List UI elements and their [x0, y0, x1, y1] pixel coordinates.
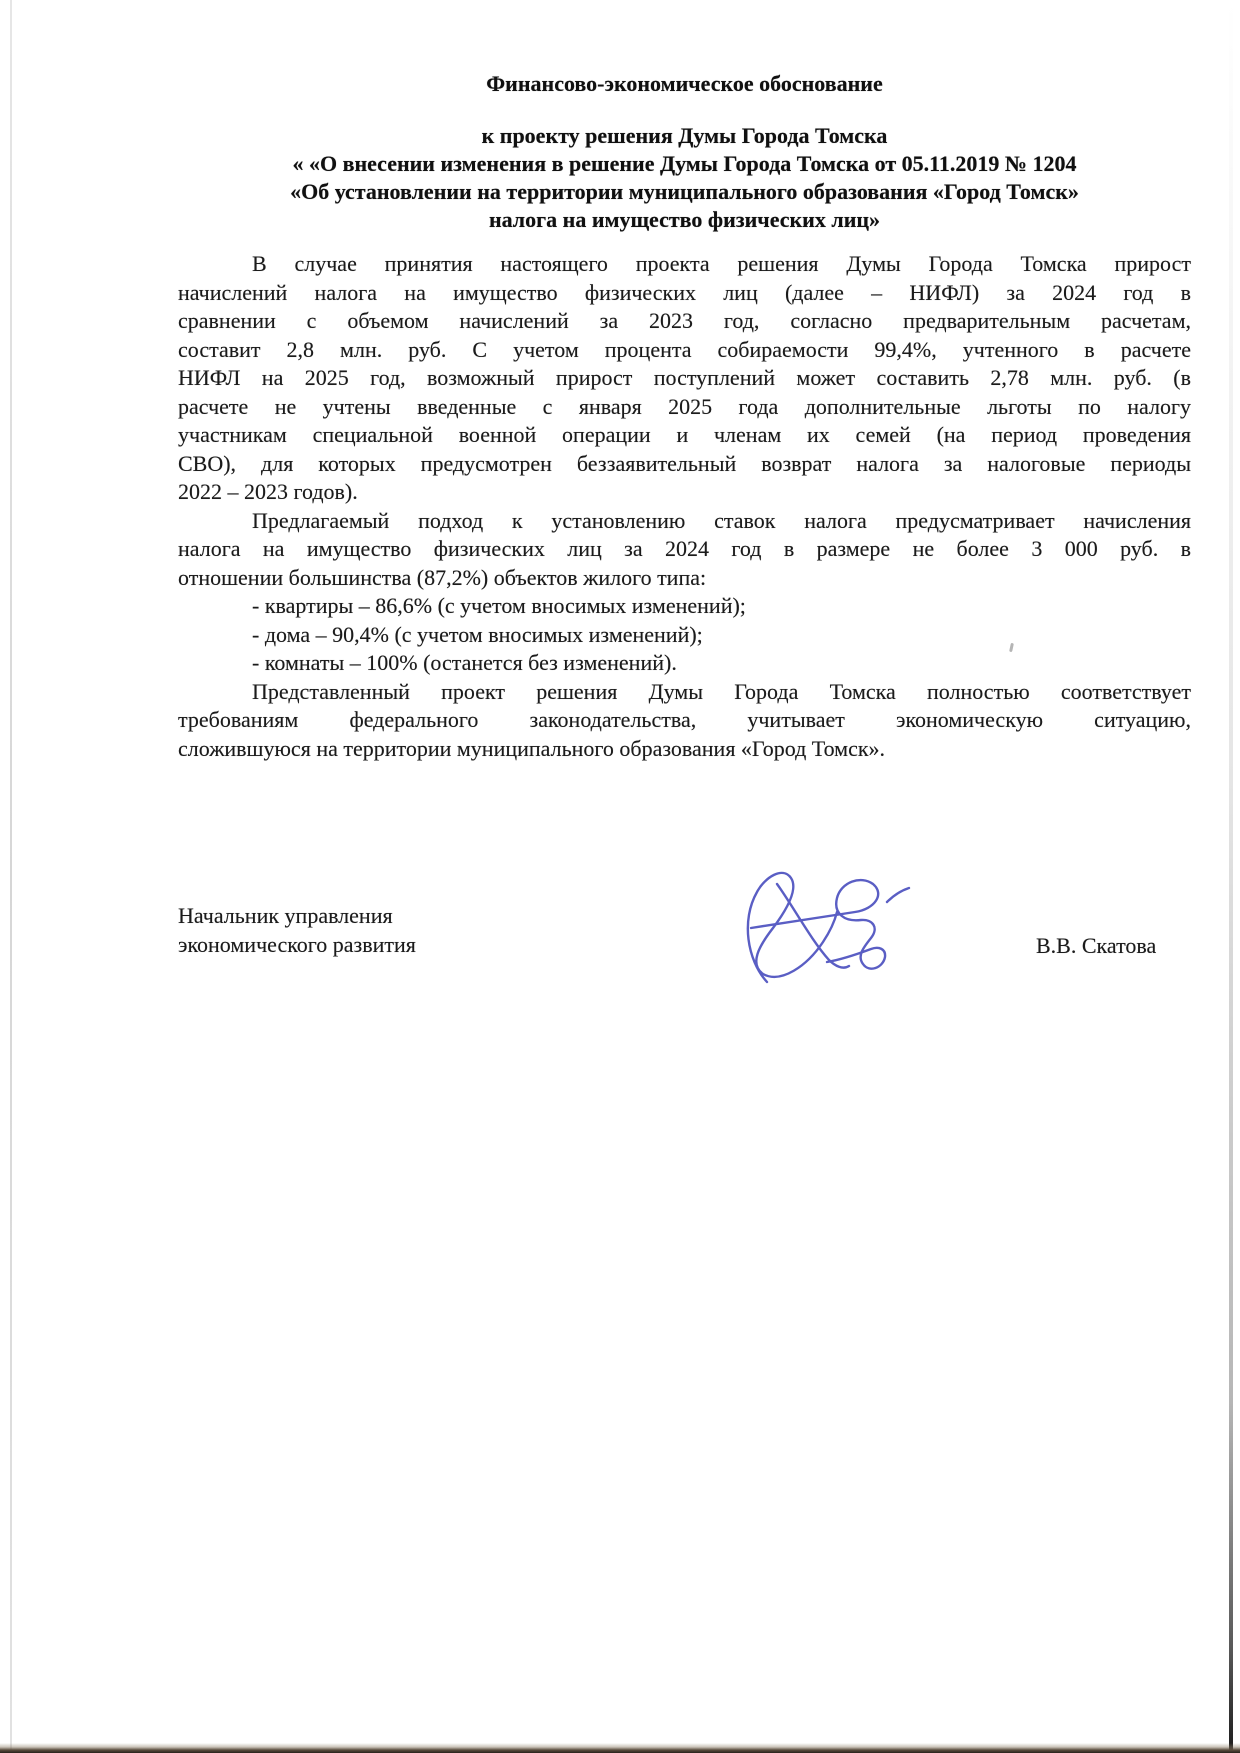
paragraph-line: НИФЛ на 2025 год, возможный прирост пост…: [178, 364, 1191, 393]
scanned-document-page: Финансово-экономическое обоснование к пр…: [0, 0, 1240, 1753]
signature-role-line: экономического развития: [178, 930, 416, 959]
document-title-block: Финансово-экономическое обоснование: [178, 70, 1191, 98]
paragraph-line: требованиям федерального законодательств…: [178, 706, 1191, 735]
list-item-line: - дома – 90,4% (с учетом вносимых измене…: [178, 621, 1191, 650]
scan-edge-right-line: [1229, 0, 1233, 1753]
signature-stroke: [751, 880, 885, 969]
paragraph-line: отношении большинства (87,2%) объектов ж…: [178, 564, 1191, 593]
scan-edge-bottom-line: [0, 1743, 1240, 1753]
signature-role-block: Начальник управления экономического разв…: [178, 901, 416, 959]
signature-role-line: Начальник управления: [178, 901, 416, 930]
paragraph-line: В случае принятия настоящего проекта реш…: [178, 250, 1191, 279]
list-item-line: - комнаты – 100% (останется без изменени…: [178, 649, 1191, 678]
subtitle-line: « «О внесении изменения в решение Думы Г…: [178, 150, 1191, 178]
list-item-line: - квартиры – 86,6% (с учетом вносимых из…: [178, 592, 1191, 621]
paragraph-line: расчете не учтены введенные с января 202…: [178, 393, 1191, 422]
scan-edge-left-line: [10, 0, 12, 1753]
paragraph-line: 2022 – 2023 годов).: [178, 478, 1191, 507]
paragraph-line: Представленный проект решения Думы Город…: [178, 678, 1191, 707]
paragraph-line: сравнении с объемом начислений за 2023 г…: [178, 307, 1191, 336]
document-subtitle-block: к проекту решения Думы Города Томска « «…: [178, 122, 1191, 234]
subtitle-line: к проекту решения Думы Города Томска: [178, 122, 1191, 150]
signatory-name: В.В. Скатова: [1036, 932, 1156, 960]
document-body: В случае принятия настоящего проекта реш…: [178, 250, 1191, 763]
subtitle-line: «Об установлении на территории муниципал…: [178, 178, 1191, 206]
paragraph-line: составит 2,8 млн. руб. С учетом процента…: [178, 336, 1191, 365]
subtitle-line: налога на имущество физических лиц»: [178, 206, 1191, 234]
paragraph-line: налога на имущество физических лиц за 20…: [178, 535, 1191, 564]
paragraph-line: участникам специальной военной операции …: [178, 421, 1191, 450]
paragraph-line: начислений налога на имущество физически…: [178, 279, 1191, 308]
document-title: Финансово-экономическое обоснование: [178, 70, 1191, 98]
handwritten-signature-ink: [733, 862, 913, 987]
paragraph-line: СВО), для которых предусмотрен беззаявит…: [178, 450, 1191, 479]
paragraph-line: сложившуюся на территории муниципального…: [178, 735, 1191, 764]
signature-stroke: [887, 888, 909, 902]
paragraph-line: Предлагаемый подход к установлению ставо…: [178, 507, 1191, 536]
